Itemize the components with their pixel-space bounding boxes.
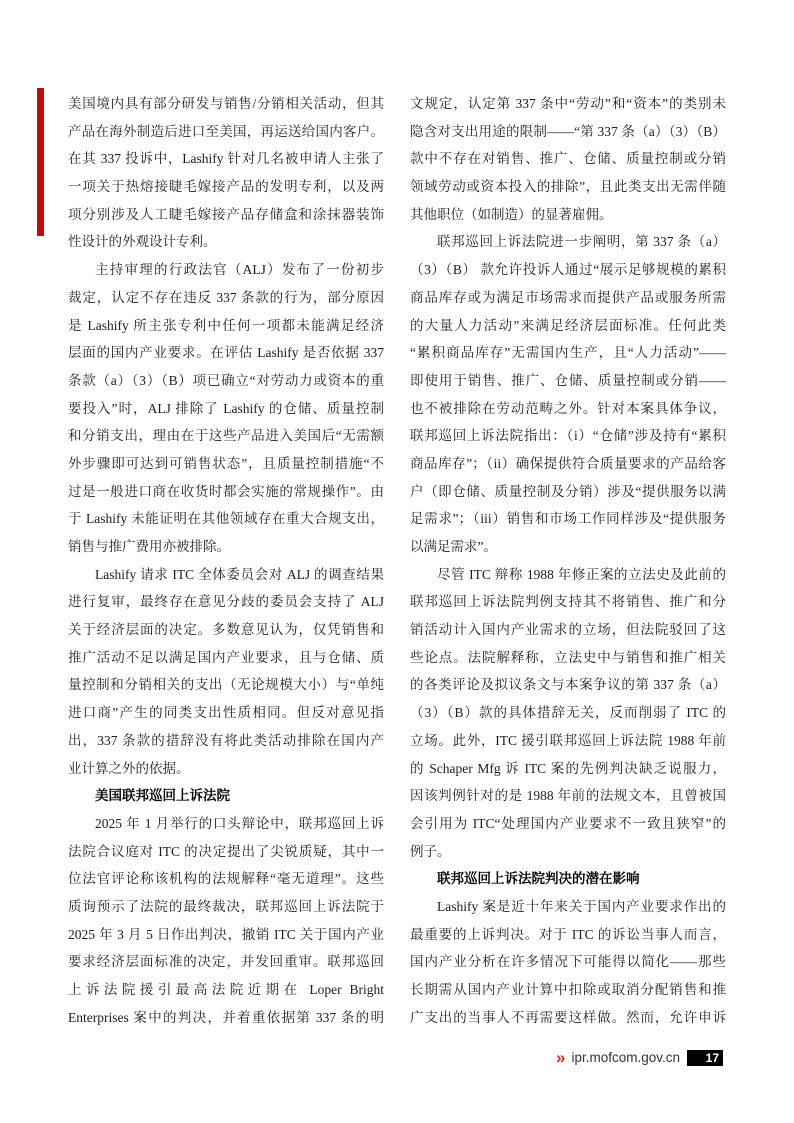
body-text-line: 销活动计入国内产业需求的立场，但法院驳回了这 <box>410 616 726 644</box>
double-chevron-icon: » <box>556 1049 564 1067</box>
body-text-line: 和分销支出，理由在于这些产品进入美国后“无需额 <box>68 422 384 450</box>
body-text-line: 过是一般进口商在收货时都会实施的常规操作”。由 <box>68 478 384 506</box>
body-text-line: 推广活动不足以满足国内产业要求，且与仓储、质 <box>68 644 384 672</box>
body-text-line: 长期需从国内产业计算中扣除或取消分配销售和推 <box>410 976 726 1004</box>
body-text-line: 领域劳动或资本投入的排除”，且此类支出无需伴随 <box>410 173 726 201</box>
footer-site-url: ipr.mofcom.gov.cn <box>571 1049 680 1067</box>
body-text-line: 广支出的当事人不再需要这样做。然而，允许申诉 <box>410 1004 726 1032</box>
body-text-line: （3）（B）款的具体措辞无关，反而削弱了 ITC 的 <box>410 699 726 727</box>
body-text-line: 款中不存在对销售、推广、仓储、质量控制或分销 <box>410 145 726 173</box>
body-text-line: 条款（a）（3）（B）项已确立“对劳动力或资本的重 <box>68 367 384 395</box>
body-text-line: 位法官评论称该机构的法规解释“毫无道理”。这些 <box>68 865 384 893</box>
body-text-line: 是 Lashify 所主张专利中任何一项都未能满足经济 <box>68 312 384 340</box>
body-text-line: Enterprises 案中的判决，并着重依据第 337 条的明 <box>68 1004 384 1032</box>
body-text-line: 要投入”时，ALJ 排除了 Lashify 的仓储、质量控制 <box>68 395 384 423</box>
body-text-line: 出，337 条款的措辞没有将此类活动排除在国内产 <box>68 727 384 755</box>
body-text-line: 联邦巡回上诉法院判例支持其不将销售、推广和分 <box>410 588 726 616</box>
body-text-line: Lashify 案是近十年来关于国内产业要求作出的 <box>410 893 726 921</box>
page-number-badge: 17 <box>687 1050 723 1066</box>
body-text-line: 些论点。法院解释称，立法史中与销售和推广相关 <box>410 644 726 672</box>
left-column: 美国境内具有部分研发与销售/分销相关活动，但其产品在海外制造后进口至美国，再运送… <box>68 90 384 1031</box>
page-content: 美国境内具有部分研发与销售/分销相关活动，但其产品在海外制造后进口至美国，再运送… <box>68 90 726 1031</box>
body-text-line: 外步骤即可达到可销售状态”，且质量控制措施“不 <box>68 450 384 478</box>
body-text-line: 的各类评论及拟议条文与本案争议的第 337 条（a） <box>410 671 726 699</box>
body-text-line: 裁定，认定不存在违反 337 条款的行为，部分原因 <box>68 284 384 312</box>
red-accent-bar <box>37 88 44 236</box>
document-page: 美国境内具有部分研发与销售/分销相关活动，但其产品在海外制造后进口至美国，再运送… <box>0 0 794 1123</box>
body-text-line: 文规定，认定第 337 条中“劳动”和“资本”的类别未 <box>410 90 726 118</box>
body-text-line: 业计算之外的依据。 <box>68 755 384 783</box>
body-text-line: 即使用于销售、推广、仓储、质量控制或分销—— <box>410 367 726 395</box>
body-text-line: 的大量人力活动”来满足经济层面标准。任何此类 <box>410 312 726 340</box>
body-text-line: 层面的国内产业要求。在评估 Lashify 是否依据 337 <box>68 339 384 367</box>
body-text-line: 例子。 <box>410 838 726 866</box>
body-text-line: 的 Schaper Mfg 诉 ITC 案的先例判决缺乏说服力， <box>410 755 726 783</box>
body-text-line: 质询预示了法院的最终裁决，联邦巡回上诉法院于 <box>68 893 384 921</box>
body-text-line: 产品在海外制造后进口至美国，再运送给国内客户。 <box>68 118 384 146</box>
body-text-line: 上诉法院援引最高法院近期在 Loper Bright <box>68 976 384 1004</box>
body-text-line: 关于经济层面的决定。多数意见认为，仅凭销售和 <box>68 616 384 644</box>
page-footer: » ipr.mofcom.gov.cn 17 <box>556 1049 723 1067</box>
body-text-line: 也不被排除在劳动范畴之外。针对本案具体争议， <box>410 395 726 423</box>
body-text-line: 法院合议庭对 ITC 的决定提出了尖锐质疑，其中一 <box>68 838 384 866</box>
body-text-line: 联邦巡回上诉法院指出：（i）“仓储”涉及持有“累积 <box>410 422 726 450</box>
body-text-line: 主持审理的行政法官（ALJ）发布了一份初步 <box>68 256 384 284</box>
body-text-line: 因该判例针对的是 1988 年前的法规文本，且曾被国 <box>410 782 726 810</box>
section-heading: 美国联邦巡回上诉法院 <box>68 782 384 810</box>
body-text-line: 商品库存或为满足市场需求而提供产品或服务所需 <box>410 284 726 312</box>
body-text-line: 立场。此外，ITC 援引联邦巡回上诉法院 1988 年前 <box>410 727 726 755</box>
body-text-line: 在其 337 投诉中，Lashify 针对几名被申请人主张了 <box>68 145 384 173</box>
right-column: 文规定，认定第 337 条中“劳动”和“资本”的类别未隐含对支出用途的限制——“… <box>410 90 726 1031</box>
body-text-line: 进行复审，最终存在意见分歧的委员会支持了 ALJ <box>68 588 384 616</box>
body-text-line: 最重要的上诉判决。对于 ITC 的诉讼当事人而言， <box>410 921 726 949</box>
body-text-line: “累积商品库存”无需国内生产，且“人力活动”—— <box>410 339 726 367</box>
body-text-line: 以满足需求”。 <box>410 533 726 561</box>
body-text-line: 国内产业分析在许多情况下可能得以简化——那些 <box>410 948 726 976</box>
body-text-line: 一项关于热熔接睫毛嫁接产品的发明专利，以及两 <box>68 173 384 201</box>
section-heading: 联邦巡回上诉法院判决的潜在影响 <box>410 865 726 893</box>
body-text-line: （3）（B） 款允许投诉人通过“展示足够规模的累积 <box>410 256 726 284</box>
body-text-line: 其他职位（如制造）的显著雇佣。 <box>410 201 726 229</box>
body-text-line: 要求经济层面标准的决定，并发回重审。联邦巡回 <box>68 948 384 976</box>
body-text-line: 美国境内具有部分研发与销售/分销相关活动，但其 <box>68 90 384 118</box>
body-text-line: 足需求”；（iii）销售和市场工作同样涉及“提供服务 <box>410 505 726 533</box>
body-text-line: 联邦巡回上诉法院进一步阐明，第 337 条（a） <box>410 228 726 256</box>
body-text-line: 2025 年 3 月 5 日作出判决，撤销 ITC 关于国内产业 <box>68 921 384 949</box>
body-text-line: 量控制和分销相关的支出（无论规模大小）与“单纯 <box>68 671 384 699</box>
body-text-line: 项分别涉及人工睫毛嫁接产品存储盒和涂抹器装饰 <box>68 201 384 229</box>
body-text-line: 2025 年 1 月举行的口头辩论中，联邦巡回上诉 <box>68 810 384 838</box>
body-text-line: 商品库存”；（ii）确保提供符合质量要求的产品给客 <box>410 450 726 478</box>
body-text-line: 户（即仓储、质量控制及分销）涉及“提供服务以满 <box>410 478 726 506</box>
body-text-line: 销售与推广费用亦被排除。 <box>68 533 384 561</box>
body-text-line: Lashify 请求 ITC 全体委员会对 ALJ 的调查结果 <box>68 561 384 589</box>
body-text-line: 于 Lashify 未能证明在其他领域存在重大合规支出， <box>68 505 384 533</box>
body-text-line: 会引用为 ITC“处理国内产业要求不一致且狭窄”的 <box>410 810 726 838</box>
body-text-line: 进口商”产生的同类支出性质相同。但反对意见指 <box>68 699 384 727</box>
body-text-line: 隐含对支出用途的限制——“第 337 条（a）（3）（B） <box>410 118 726 146</box>
body-text-line: 性设计的外观设计专利。 <box>68 228 384 256</box>
body-text-line: 尽管 ITC 辩称 1988 年修正案的立法史及此前的 <box>410 561 726 589</box>
